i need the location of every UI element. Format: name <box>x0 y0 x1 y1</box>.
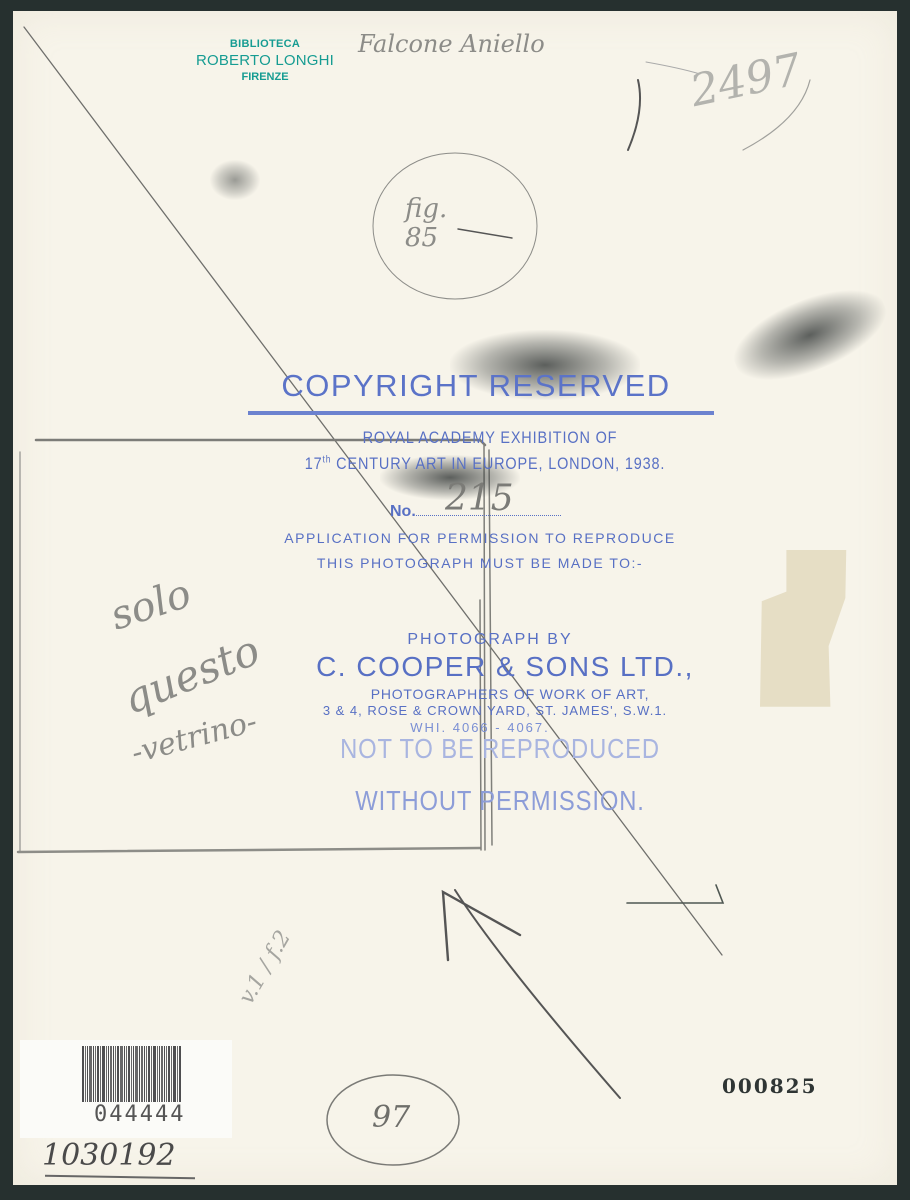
copyright-rule <box>248 411 714 415</box>
library-stamp-line3: FIRENZE <box>170 71 360 85</box>
barcode-bars <box>82 1046 212 1102</box>
number-label: No. <box>390 503 416 520</box>
library-stamp-line2: ROBERTO LONGHI <box>170 52 360 71</box>
library-stamp: BIBLIOTECA ROBERTO LONGHI FIRENZE <box>170 38 360 84</box>
paren-mark <box>628 80 640 150</box>
copyright-heading: COPYRIGHT RESERVED <box>236 368 716 404</box>
accession-number: 1030192 <box>42 1138 176 1173</box>
ink-smudge <box>210 160 260 200</box>
arrow-head <box>443 892 520 960</box>
number-field: No. <box>390 503 580 521</box>
warning-line1: NOT TO BE REPRODUCED <box>313 733 687 765</box>
application-line2: THIS PHOTOGRAPH MUST BE MADE TO:- <box>240 555 720 571</box>
photographer-name: C. COOPER & SONS LTD., <box>270 651 740 683</box>
application-line1: APPLICATION FOR PERMISSION TO REPRODUCE <box>240 530 720 546</box>
serial-number: 000825 <box>722 1074 818 1098</box>
exhibition-line2-text: CENTURY ART IN EUROPE, LONDON, 1938. <box>331 454 665 473</box>
circled-fig-note: fig. 85 <box>405 195 475 252</box>
bracket-mark <box>627 885 723 903</box>
barcode-number: 044444 <box>94 1102 185 1127</box>
arrow-shaft <box>455 890 620 1098</box>
century-number: 17 <box>305 454 323 473</box>
warning-line2: WITHOUT PERMISSION. <box>330 785 670 817</box>
artist-attribution: Falcone Aniello <box>358 30 545 58</box>
photographer-description: PHOTOGRAPHERS OF WORK OF ART, <box>300 686 720 702</box>
exhibition-line1: ROYAL ACADEMY EXHIBITION OF <box>329 428 652 448</box>
frame-bottom-line <box>18 848 480 852</box>
century-suffix: th <box>323 454 332 465</box>
photograph-by: PHOTOGRAPH BY <box>300 631 680 649</box>
number-dotted-line <box>416 503 561 516</box>
photographer-address: 3 & 4, ROSE & CROWN YARD, ST. JAMES', S.… <box>255 703 735 718</box>
circled-bottom-number: 97 <box>372 1100 410 1135</box>
exhibition-line2: 17th CENTURY ART IN EUROPE, LONDON, 1938… <box>273 454 698 474</box>
library-stamp-line1: BIBLIOTECA <box>170 38 360 52</box>
barcode-label: 044444 <box>20 1040 232 1138</box>
